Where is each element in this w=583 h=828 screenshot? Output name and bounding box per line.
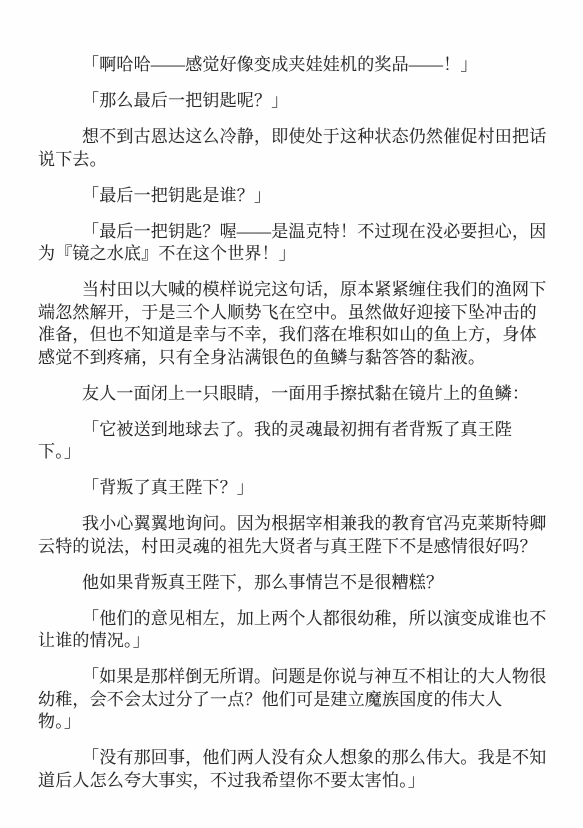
paragraph: 「没有那回事，他们两人没有众人想象的那么伟大。我是不知道后人怎么夸大事实，不过我… <box>38 747 541 792</box>
paragraph: 「最后一把钥匙？喔——是温克特！不过现在没必要担心，因为『镜之水底』不在这个世界… <box>38 221 541 266</box>
paragraph: 「背叛了真王陛下？」 <box>38 477 541 500</box>
paragraph: 当村田以大喊的模样说完这句话，原本紧紧缠住我们的渔网下端忽然解开，于是三个人顺势… <box>38 279 541 369</box>
paragraph: 「那么最后一把钥匙呢？」 <box>38 90 541 113</box>
paragraph: 我小心翼翼地询问。因为根据宰相兼我的教育官冯克莱斯特卿云特的说法，村田灵魂的祖先… <box>38 513 541 558</box>
paragraph: 「如果是那样倒无所谓。问题是你说与神互不相让的大人物很幼稚，会不会太过分了一点？… <box>38 666 541 734</box>
page-text: 「啊哈哈——感觉好像变成夹娃娃机的奖品——！」「那么最后一把钥匙呢？」想不到古恩… <box>38 54 541 792</box>
paragraph: 「啊哈哈——感觉好像变成夹娃娃机的奖品——！」 <box>38 54 541 77</box>
paragraph: 想不到古恩达这么冷静，即使处于这种状态仍然催促村田把话说下去。 <box>38 126 541 171</box>
paragraph: 「他们的意见相左，加上两个人都很幼稚，所以演变成谁也不让谁的情况。」 <box>38 608 541 653</box>
paragraph: 「它被送到地球去了。我的灵魂最初拥有者背叛了真王陛下。」 <box>38 419 541 464</box>
paragraph: 他如果背叛真王陛下，那么事情岂不是很糟糕？ <box>38 572 541 595</box>
paragraph: 「最后一把钥匙是谁？」 <box>38 185 541 208</box>
novel-page: 「啊哈哈——感觉好像变成夹娃娃机的奖品——！」「那么最后一把钥匙呢？」想不到古恩… <box>0 0 583 828</box>
paragraph: 友人一面闭上一只眼睛，一面用手擦拭黏在镜片上的鱼鳞： <box>38 383 541 406</box>
